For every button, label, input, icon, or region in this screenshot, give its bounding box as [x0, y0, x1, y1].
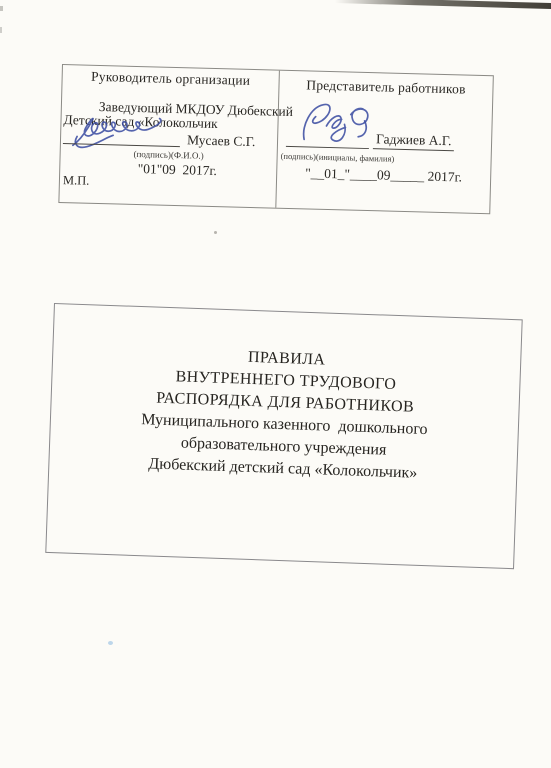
approval-table: Руководитель организации Заведующий МКДО…: [58, 64, 493, 214]
leader-header: Руководитель организации: [62, 68, 278, 90]
stamp-placeholder: М.П.: [63, 173, 90, 189]
scan-speck: [214, 231, 217, 234]
representative-signature-caption: (подпись)(инициалы, фамилия): [281, 151, 491, 166]
leader-name: Мусаев С.Г.: [187, 132, 256, 150]
ink-speck: [108, 641, 113, 645]
title-box: ПРАВИЛА ВНУТРЕННЕГО ТРУДОВОГО РАСПОРЯДКА…: [45, 303, 522, 569]
representative-name: Гаджиев А.Г.: [373, 131, 455, 151]
scan-edge-artifact: [335, 0, 551, 9]
scan-tick-artifact: [0, 6, 3, 11]
representative-date: "__01_"____09_____ 2017г.: [305, 165, 462, 185]
representative-header: Представитель работников: [279, 77, 492, 99]
approval-cell-leader: Руководитель организации Заведующий МКДО…: [59, 65, 280, 208]
scan-tick-artifact: [0, 27, 2, 33]
scanned-document-page: Руководитель организации Заведующий МКДО…: [0, 0, 551, 768]
leader-date: "01"09 2017г.: [60, 159, 276, 181]
approval-cell-representative: Представитель работников Гаджиев А.Г. (п…: [276, 71, 493, 214]
